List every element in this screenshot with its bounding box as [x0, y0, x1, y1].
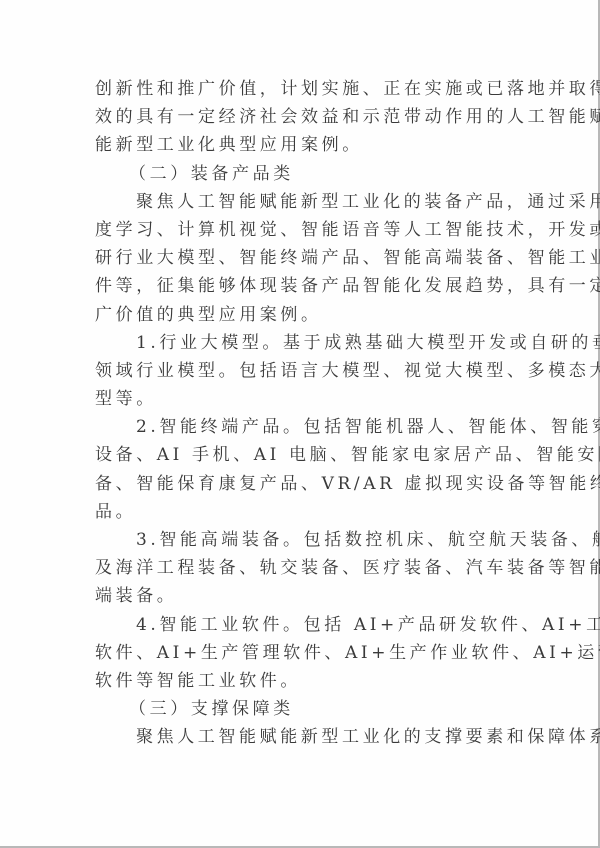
paragraph-line: 软件、AI+生产管理软件、AI+生产作业软件、AI+运营管理: [95, 639, 513, 667]
paragraph-line: 端装备。: [95, 582, 513, 610]
document-body: 创新性和推广价值，计划实施、正在实施或已落地并取得成 效的具有一定经济社会效益和…: [95, 75, 513, 752]
paragraph-line: 型等。: [95, 385, 513, 413]
paragraph-line: 及海洋工程装备、轨交装备、医疗装备、汽车装备等智能高: [95, 554, 513, 582]
list-item-smart-high-end-equipment: 3.智能高端装备。包括数控机床、航空航天装备、船舶: [95, 526, 513, 554]
paragraph-line: 效的具有一定经济社会效益和示范带动作用的人工智能赋: [95, 103, 513, 131]
paragraph-line: 品。: [95, 498, 513, 526]
paragraph-line: 研行业大模型、智能终端产品、智能高端装备、智能工业软: [95, 244, 513, 272]
section-heading-equipment-products: （二）装备产品类: [95, 160, 513, 188]
list-item-industry-large-model: 1.行业大模型。基于成熟基础大模型开发或自研的垂直: [95, 329, 513, 357]
paragraph-line: 领域行业模型。包括语言大模型、视觉大模型、多模态大模: [95, 357, 513, 385]
paragraph-line: 软件等智能工业软件。: [95, 667, 513, 695]
paragraph-line: 度学习、计算机视觉、智能语音等人工智能技术，开发或自: [95, 216, 513, 244]
section-heading-support-guarantee: （三）支撑保障类: [95, 695, 513, 723]
paragraph-line: 聚焦人工智能赋能新型工业化的支撑要素和保障体系，: [95, 723, 513, 751]
list-item-smart-terminal-products: 2.智能终端产品。包括智能机器人、智能体、智能穿戴: [95, 413, 513, 441]
paragraph-line: 能新型工业化典型应用案例。: [95, 131, 513, 159]
paragraph-line: 创新性和推广价值，计划实施、正在实施或已落地并取得成: [95, 75, 513, 103]
list-item-smart-industrial-software: 4.智能工业软件。包括 AI+产品研发软件、AI+工艺设计: [95, 611, 513, 639]
paragraph-line: 备、智能保育康复产品、VR/AR 虚拟现实设备等智能终端产: [95, 470, 513, 498]
document-page: 创新性和推广价值，计划实施、正在实施或已落地并取得成 效的具有一定经济社会效益和…: [0, 0, 600, 848]
paragraph-line: 设备、AI 手机、AI 电脑、智能家电家居产品、智能安防设: [95, 441, 513, 469]
paragraph-line: 广价值的典型应用案例。: [95, 301, 513, 329]
paragraph-line: 件等，征集能够体现装备产品智能化发展趋势，具有一定推: [95, 272, 513, 300]
paragraph-line: 聚焦人工智能赋能新型工业化的装备产品，通过采用深: [95, 188, 513, 216]
